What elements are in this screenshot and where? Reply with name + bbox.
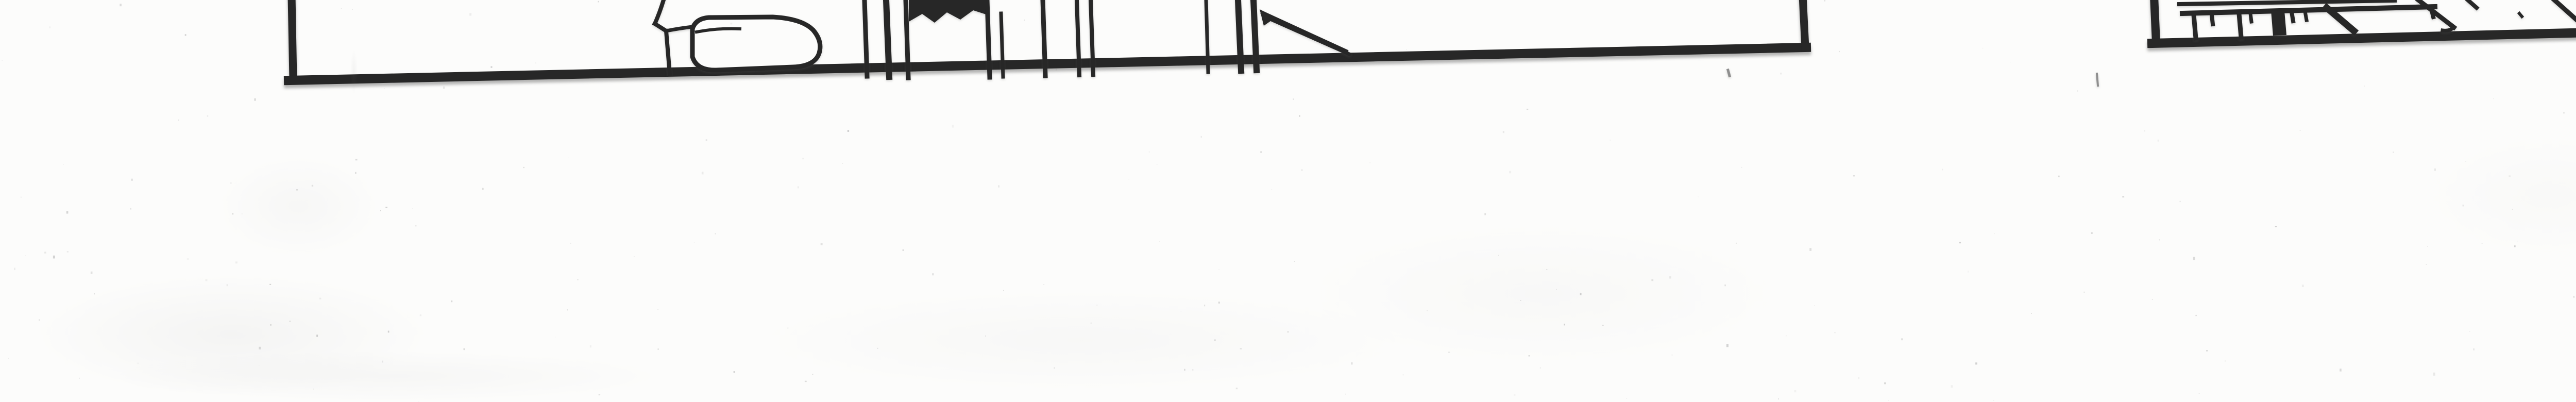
ink-stroke: [2154, 0, 2156, 42]
scan-speckle: [259, 347, 261, 349]
scan-speckle: [2275, 226, 2277, 227]
scan-speckle: [1272, 190, 1273, 190]
scan-speckle: [1736, 243, 1737, 244]
scan-speckle: [1968, 271, 1969, 272]
scan-speckle: [415, 225, 417, 227]
scan-speckle: [2199, 393, 2200, 394]
scan-speckle: [2563, 112, 2565, 114]
ink-stroke: [2468, 0, 2477, 8]
scan-speckle: [805, 381, 807, 382]
scan-speckle: [2434, 169, 2436, 171]
ink-stroke: [1043, 0, 1045, 76]
scan-speckle: [1503, 131, 1504, 133]
scan-speckle: [1527, 109, 1528, 110]
scan-speckle: [1301, 169, 1302, 171]
ink-stroke: [666, 27, 692, 31]
scan-speckle: [91, 272, 93, 274]
scan-speckle: [66, 211, 69, 214]
scan-speckle: [1403, 375, 1404, 376]
ink-stroke: [1728, 70, 1730, 76]
ink-stroke: [2292, 12, 2293, 21]
scan-speckle: [380, 210, 381, 211]
scan-speckle: [382, 361, 383, 363]
ink-stroke: [2212, 15, 2213, 24]
scan-speckle: [1651, 279, 1653, 281]
scan-speckle: [2427, 246, 2428, 247]
scan-speckle: [1345, 394, 1346, 395]
scan-speckle: [2180, 201, 2181, 202]
scan-speckle: [1726, 344, 1728, 347]
scan-speckle: [1201, 136, 1202, 138]
scan-speckle: [1406, 49, 1406, 49]
scan-speckle: [1204, 305, 1205, 306]
scan-speckle: [2077, 90, 2078, 92]
ink-stroke: [987, 0, 990, 77]
scan-speckle: [413, 208, 413, 209]
scan-speckle: [2152, 299, 2153, 300]
scan-speckle: [2193, 257, 2195, 260]
scan-speckle: [1299, 115, 1300, 116]
scan-speckle: [734, 371, 735, 373]
scan-speckle: [1809, 248, 1811, 251]
scan-speckle: [2122, 196, 2124, 197]
ink-stroke: [909, 0, 986, 23]
scan-speckle: [25, 256, 25, 256]
scan-speckle: [952, 125, 954, 127]
scan-speckle: [1287, 331, 1289, 332]
scan-speckle: [1672, 355, 1673, 356]
scan-speckle: [1149, 152, 1149, 153]
scan-speckle: [812, 374, 813, 375]
scan-speckle: [313, 389, 314, 390]
scan-speckle: [2196, 315, 2197, 316]
scan-speckle: [798, 186, 799, 188]
scan-speckle: [1184, 369, 1185, 371]
ink-stroke: [1001, 13, 1003, 77]
scan-speckle: [269, 284, 271, 285]
scan-speckle: [1128, 179, 1129, 179]
scan-speckle: [355, 159, 358, 160]
scan-speckle: [1294, 261, 1295, 262]
scan-speckle: [1514, 394, 1515, 396]
ink-stroke: [2250, 13, 2251, 22]
scan-speckle: [1484, 213, 1486, 215]
scan-speckle: [1564, 324, 1565, 325]
scan-speckle: [21, 197, 22, 198]
scan-speckle: [658, 309, 658, 310]
scan-speckle: [1520, 300, 1521, 300]
scan-speckle: [1993, 400, 1994, 401]
ink-stroke: [2179, 1, 2395, 4]
scan-speckle: [130, 208, 132, 210]
scan-speckle: [1853, 175, 1855, 177]
scan-speckle: [1192, 370, 1193, 371]
scan-speckle: [523, 167, 524, 168]
scan-speckle: [352, 9, 353, 10]
scan-speckle: [270, 324, 272, 326]
scan-speckle: [2206, 350, 2208, 351]
scan-speckle: [2512, 209, 2513, 209]
scanned-comic-page-strip: [0, 0, 2576, 402]
scan-speckle: [469, 13, 471, 16]
scan-speckle: [341, 8, 342, 9]
scan-speckle: [1214, 340, 1216, 341]
scan-speckle: [821, 243, 823, 245]
scan-speckle: [2158, 140, 2159, 142]
scan-speckle: [67, 251, 69, 253]
scan-speckle: [2300, 130, 2300, 131]
ink-stroke: [2152, 29, 2576, 43]
scan-speckle: [49, 26, 50, 28]
scan-speckle: [877, 348, 878, 349]
scan-speckle: [985, 336, 986, 337]
scan-speckle: [1814, 305, 1815, 306]
scan-speckle: [2340, 368, 2342, 371]
scan-speckle: [1427, 310, 1428, 311]
ink-stroke: [2554, 0, 2576, 26]
scan-speckle: [2031, 313, 2032, 314]
scan-speckle: [53, 256, 55, 259]
scan-speckle: [787, 328, 788, 329]
scan-speckle: [2509, 175, 2511, 177]
scan-speckle: [2058, 176, 2060, 177]
scan-speckle: [1824, 1, 1826, 2]
ink-stroke: [692, 17, 820, 70]
scan-speckle: [63, 164, 64, 165]
scan-speckle: [2225, 360, 2226, 361]
scan-speckle: [535, 62, 536, 63]
scan-speckle: [1724, 284, 1725, 286]
scan-speckle: [1901, 338, 1903, 340]
ink-stroke: [1206, 0, 1208, 72]
scan-speckle: [235, 261, 238, 263]
scan-speckle: [1858, 377, 1859, 379]
ink-stroke: [1267, 18, 1349, 54]
scan-speckle: [8, 358, 9, 359]
scan-speckle: [464, 348, 465, 350]
scan-speckle: [598, 1, 599, 3]
scan-speckle: [443, 87, 445, 89]
scan-speckle: [2463, 205, 2464, 207]
scan-speckle: [577, 279, 578, 280]
scan-speckle: [388, 331, 389, 333]
scan-speckle: [1547, 269, 1548, 270]
ink-stroke: [2519, 13, 2522, 16]
scan-speckle: [2010, 62, 2011, 62]
scan-speckle: [1448, 351, 1450, 353]
scan-speckle: [1951, 385, 1953, 388]
scan-speckle: [1293, 98, 1294, 99]
scan-speckle: [2493, 98, 2494, 99]
scan-speckle: [131, 179, 133, 181]
scan-speckle: [207, 115, 209, 117]
scan-speckle: [312, 185, 313, 187]
scan-speckle: [2469, 331, 2470, 332]
scan-speckle: [567, 309, 568, 310]
scan-speckle: [715, 233, 716, 234]
scan-speckle: [2517, 241, 2518, 242]
scan-speckle: [1096, 305, 1097, 306]
scan-speckle: [242, 213, 243, 214]
scan-speckle: [694, 242, 695, 243]
scan-speckle: [1834, 332, 1836, 333]
scan-speckle: [178, 120, 179, 121]
scan-speckle: [1794, 390, 1797, 392]
ink-stroke: [292, 0, 293, 78]
scan-speckle: [2514, 245, 2516, 247]
scan-speckle: [44, 252, 46, 253]
scan-speckle: [490, 66, 492, 68]
scan-speckle: [1602, 325, 1603, 326]
ink-stroke: [1803, 0, 1805, 47]
scan-speckle: [1884, 382, 1886, 384]
scan-speckle: [385, 207, 387, 208]
scan-speckle: [1786, 336, 1787, 337]
scan-speckle: [1626, 398, 1627, 398]
scan-speckle: [634, 256, 635, 257]
ink-stroke: [2097, 74, 2098, 86]
scan-speckle: [2144, 130, 2145, 131]
scan-speckle: [227, 284, 228, 286]
scan-speckle: [599, 394, 600, 396]
scan-speckle: [187, 258, 189, 260]
scan-speckle: [2364, 86, 2364, 86]
ink-stroke: [655, 0, 664, 24]
scan-speckle: [384, 88, 384, 89]
scan-speckle: [1888, 400, 1889, 400]
ink-stroke: [1253, 0, 1257, 70]
scan-speckle: [2482, 243, 2483, 244]
scan-speckle: [1260, 151, 1262, 153]
ink-stroke: [1077, 0, 1079, 75]
scan-speckle: [1056, 69, 1057, 70]
scan-speckle: [932, 273, 934, 275]
scan-speckle: [1044, 284, 1044, 285]
scan-speckle: [842, 163, 843, 164]
scan-speckle: [1669, 276, 1671, 278]
scan-speckle: [1157, 164, 1157, 165]
scan-speckle: [1266, 64, 1266, 64]
scan-speckle: [355, 172, 356, 174]
scan-speckle: [1236, 388, 1238, 389]
scan-speckle: [2302, 284, 2304, 287]
scan-speckle: [2573, 296, 2574, 298]
scan-speckle: [1556, 289, 1557, 290]
scan-speckle: [1975, 362, 1977, 364]
scan-speckle: [1054, 367, 1055, 368]
ink-stroke: [2194, 15, 2196, 38]
scan-speckle: [998, 185, 999, 187]
scan-speckle: [1610, 140, 1611, 140]
ink-stroke: [2239, 14, 2241, 37]
scan-speckle: [230, 182, 232, 184]
scan-speckle: [14, 268, 15, 271]
scan-speckle: [120, 4, 122, 6]
scan-speckle: [1994, 233, 1995, 234]
scan-speckle: [1024, 20, 1025, 21]
scan-speckle: [706, 139, 707, 141]
scan-speckle: [2159, 240, 2160, 241]
scan-speckle: [731, 23, 733, 25]
scan-speckle: [1498, 255, 1499, 256]
scan-speckle: [1778, 398, 1779, 399]
ink-stroke: [865, 0, 867, 76]
scan-speckle: [296, 189, 298, 191]
scan-speckle: [903, 249, 904, 251]
scan-speckle: [2466, 161, 2466, 162]
scan-speckle: [290, 321, 291, 322]
scan-speckle: [848, 130, 849, 132]
scan-speckle: [1982, 48, 1984, 48]
scan-speckle: [232, 213, 233, 215]
line-art-canvas: [0, 0, 2576, 402]
scan-speckle: [1839, 51, 1840, 52]
scan-speckle: [2091, 232, 2093, 234]
scan-speckle: [1159, 241, 1160, 242]
scan-speckle: [1580, 293, 1582, 295]
scan-speckle: [702, 172, 704, 174]
scan-speckle: [658, 348, 659, 349]
scan-speckle: [39, 320, 40, 321]
scan-speckle: [79, 378, 80, 379]
scan-speckle: [2, 60, 3, 60]
scan-speckle: [1240, 348, 1242, 349]
scan-speckle: [259, 365, 260, 365]
scan-speckle: [2393, 152, 2394, 153]
ink-stroke: [1091, 0, 1093, 75]
scan-speckle: [2426, 264, 2427, 265]
scan-speckle: [1942, 169, 1943, 171]
scan-speckle: [319, 298, 321, 299]
scan-speckle: [482, 188, 484, 190]
ink-stroke: [2271, 10, 2286, 36]
scan-speckle: [1091, 323, 1092, 324]
ink-stroke: [1238, 0, 1241, 71]
scan-speckle: [1509, 171, 1511, 174]
ink-stroke: [886, 0, 889, 77]
scan-speckle: [1959, 242, 1961, 243]
scan-speckle: [1369, 162, 1370, 163]
scan-speckle: [1218, 270, 1219, 270]
ink-stroke: [1260, 9, 1276, 26]
scan-speckle: [2083, 292, 2084, 293]
scan-speckle: [316, 334, 318, 337]
ink-stroke: [2443, 27, 2454, 30]
scan-speckle: [590, 345, 591, 347]
scan-speckle: [570, 243, 571, 243]
scan-speckle: [94, 293, 95, 294]
ink-stroke: [906, 0, 908, 78]
scan-speckle: [1351, 362, 1353, 364]
scan-speckle: [451, 300, 452, 302]
scan-speckle: [555, 337, 555, 338]
scan-speckle: [2473, 348, 2475, 350]
scan-speckle: [420, 314, 421, 316]
scan-speckle: [1218, 301, 1220, 304]
ink-stroke: [2305, 11, 2307, 20]
scan-speckle: [802, 158, 804, 159]
scan-speckle: [1003, 290, 1004, 291]
scan-speckle: [2433, 373, 2435, 376]
scan-speckle: [138, 363, 139, 364]
ink-stroke: [2182, 7, 2435, 13]
scan-speckle: [1741, 167, 1742, 168]
scan-speckle: [1529, 355, 1530, 357]
scan-speckle: [254, 98, 256, 101]
scan-speckle: [568, 158, 569, 158]
ink-stroke: [666, 31, 670, 74]
scan-speckle: [1698, 196, 1699, 197]
scan-speckle: [185, 34, 187, 36]
scan-speckle: [206, 279, 208, 281]
scan-speckle: [1181, 311, 1181, 312]
scan-speckle: [1540, 367, 1540, 368]
scan-speckle: [1781, 73, 1782, 75]
